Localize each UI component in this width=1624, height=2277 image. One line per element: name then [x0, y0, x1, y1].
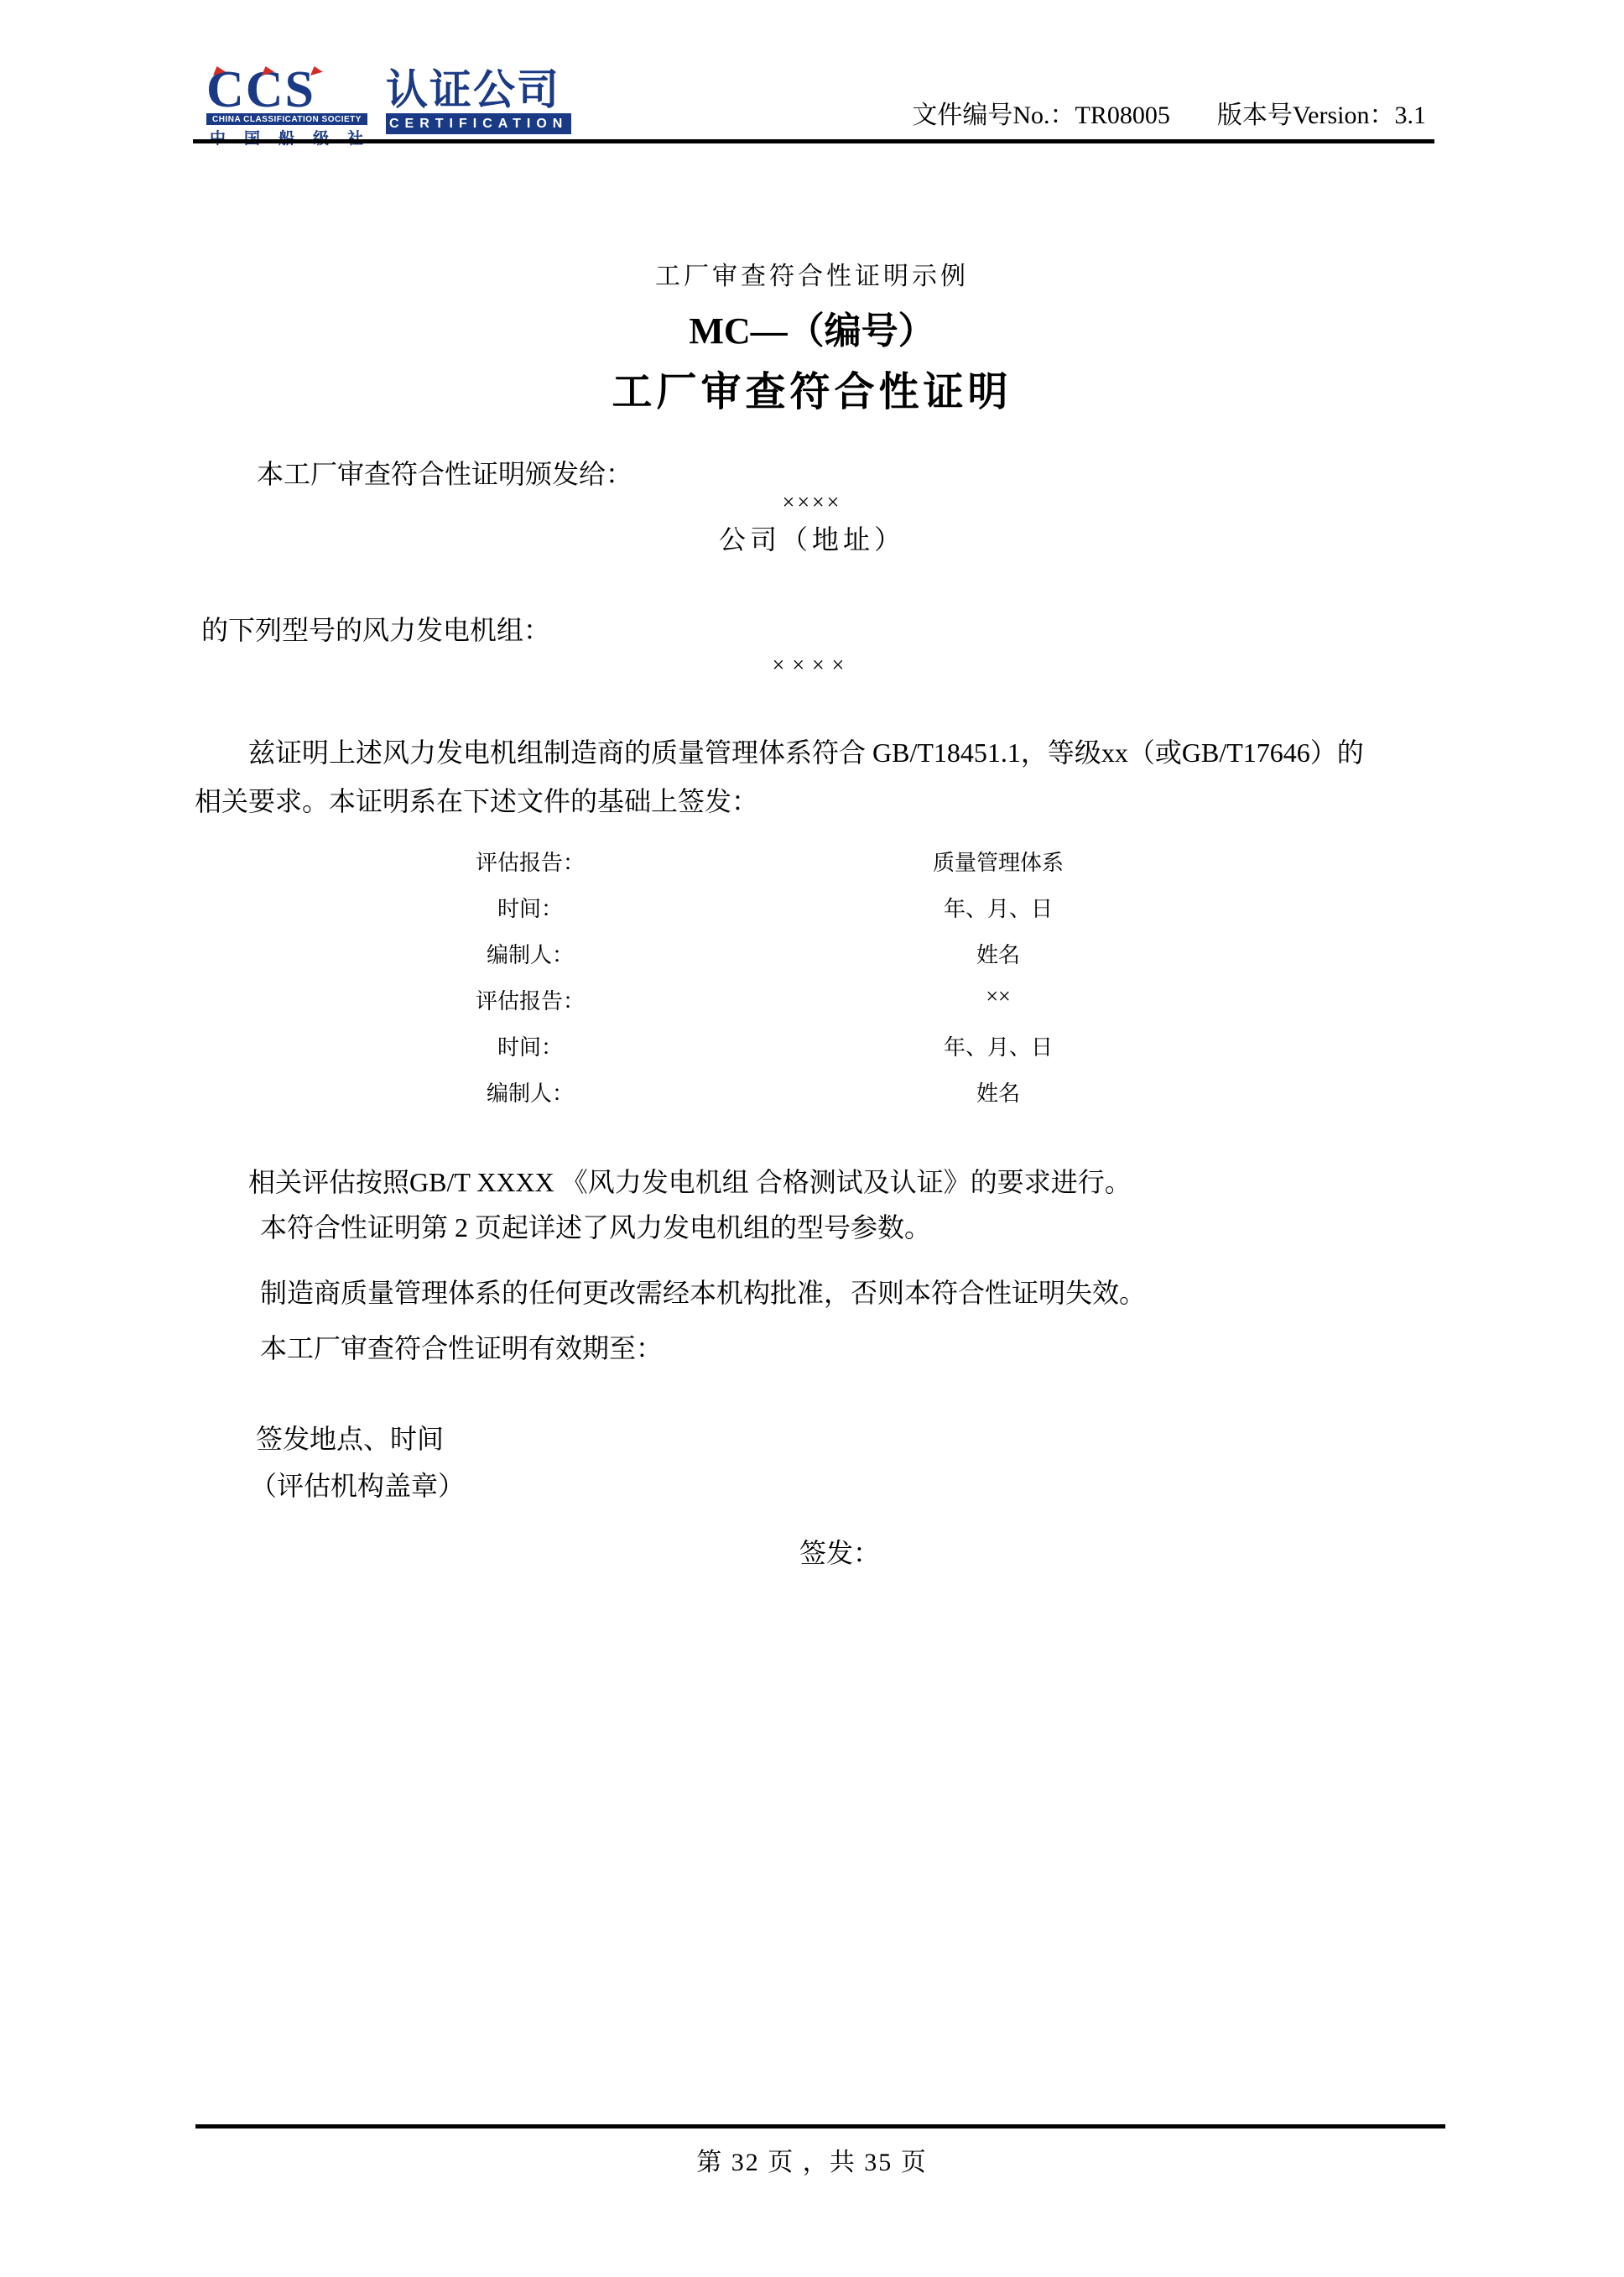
- report-row: 评估报告： 质量管理体系: [0, 846, 1624, 892]
- models-placeholder: ××××: [0, 653, 1624, 678]
- footer-page-number: 第 32 页 ，共 35 页: [0, 2141, 1624, 2178]
- ccs-chinese-name: 中国船级社: [206, 126, 367, 148]
- evaluation-report-list: 评估报告： 质量管理体系 时间： 年、月、日 编制人： 姓名 评估报告： ×× …: [0, 846, 1624, 1123]
- report-value: 姓名: [830, 938, 1166, 969]
- report-label: 时间：: [379, 892, 681, 923]
- report-value: 质量管理体系: [830, 846, 1166, 877]
- document-page: CCS CHINA CLASSIFICATION SOCIETY 中国船级社 认…: [0, 0, 1624, 2277]
- note-changes: 制造商质量管理体系的任何更改需经本机构批准，否则本符合性证明失效。: [260, 1272, 1146, 1310]
- statement-line-1: 兹证明上述风力发电机组制造商的质量管理体系符合 GB/T18451.1，等级xx…: [248, 732, 1364, 770]
- ccs-logo-text: CCS: [206, 61, 315, 118]
- report-row: 评估报告： ××: [0, 984, 1624, 1030]
- report-value: 年、月、日: [830, 1030, 1166, 1061]
- document-subtitle: 工厂审查符合性证明示例: [0, 255, 1624, 292]
- report-value: 年、月、日: [830, 892, 1166, 923]
- footer-divider: [195, 2124, 1445, 2128]
- report-value: 姓名: [830, 1076, 1166, 1107]
- models-intro-label: 的下列型号的风力发电机组：: [201, 609, 550, 648]
- sign-place-line: 签发地点、时间: [256, 1418, 444, 1456]
- report-row: 编制人： 姓名: [0, 938, 1624, 984]
- header-divider: [193, 139, 1434, 143]
- document-meta: 文件编号No.：TR08005 版本号Version：3.1: [912, 94, 1426, 131]
- company-address-line: 公司（地址）: [0, 518, 1624, 557]
- report-label: 评估报告：: [379, 846, 681, 877]
- note-page2: 本符合性证明第 2 页起详述了风力发电机组的型号参数。: [260, 1206, 931, 1245]
- doc-number: 文件编号No.：TR08005: [912, 94, 1170, 131]
- issue-signature-label: 签发：: [799, 1532, 880, 1571]
- report-row: 时间： 年、月、日: [0, 1030, 1624, 1076]
- report-value: ××: [830, 984, 1166, 1009]
- note-validity: 本工厂审查符合性证明有效期至：: [260, 1327, 663, 1366]
- company-placeholder: ××××: [0, 490, 1624, 515]
- ccs-logo-wordmark: CCS: [206, 70, 367, 111]
- report-label: 评估报告：: [379, 984, 681, 1015]
- report-row: 时间： 年、月、日: [0, 892, 1624, 938]
- version-number: 版本号Version：3.1: [1217, 94, 1426, 131]
- certification-company-cn: 认证公司: [386, 70, 571, 109]
- report-label: 编制人：: [379, 1076, 681, 1107]
- note-assessment: 相关评估按照GB/T XXXX 《风力发电机组 合格测试及认证》的要求进行。: [248, 1161, 1132, 1200]
- certification-banner: CERTIFICATION: [386, 113, 571, 134]
- statement-line-2: 相关要求。本证明系在下述文件的基础上签发：: [195, 780, 758, 819]
- ccs-logo: CCS CHINA CLASSIFICATION SOCIETY 中国船级社 认…: [206, 70, 571, 148]
- seal-line: （评估机构盖章）: [250, 1465, 465, 1503]
- page-title: 工厂审查符合性证明: [0, 359, 1624, 417]
- certificate-number-line: MC—（编号）: [0, 300, 1624, 354]
- report-label: 编制人：: [379, 938, 681, 969]
- ccs-logo-right: 认证公司 CERTIFICATION: [386, 70, 571, 134]
- ccs-logo-left: CCS CHINA CLASSIFICATION SOCIETY 中国船级社: [206, 70, 367, 148]
- report-row: 编制人： 姓名: [0, 1076, 1624, 1123]
- issued-to-label: 本工厂审查符合性证明颁发给：: [257, 453, 632, 492]
- report-label: 时间：: [379, 1030, 681, 1061]
